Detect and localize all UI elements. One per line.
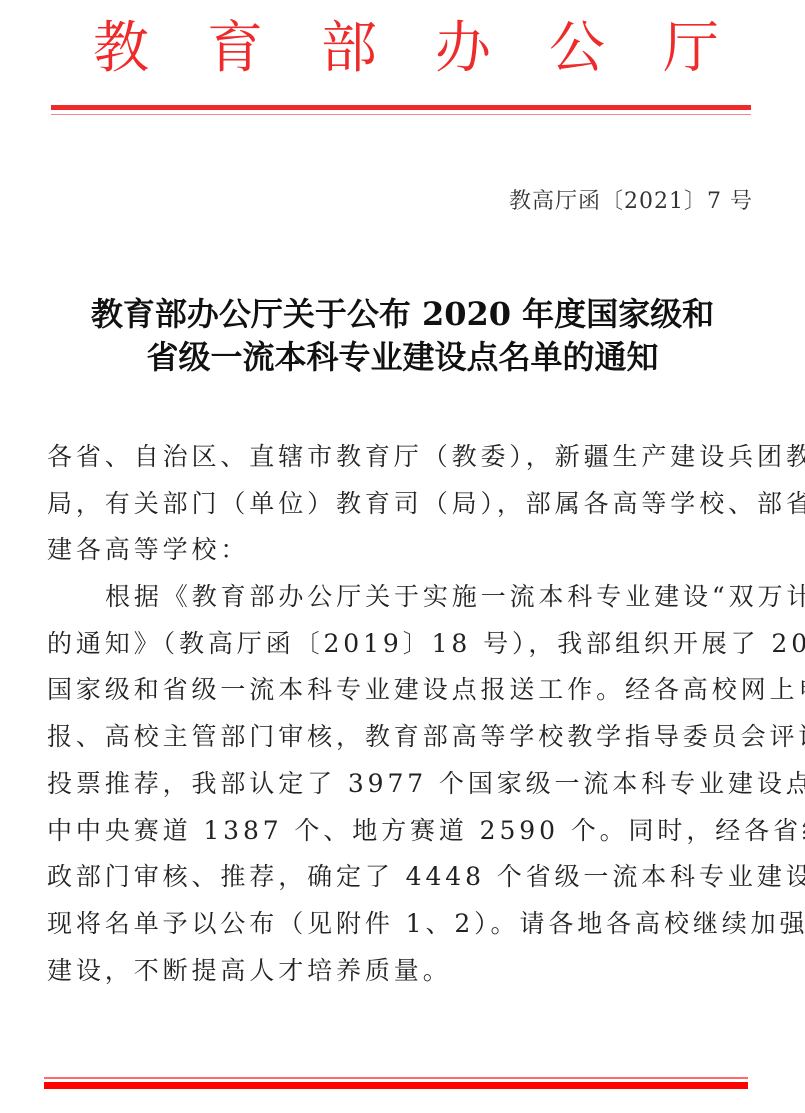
masthead-char: 公 bbox=[542, 14, 612, 84]
body-line: 建各高等学校： bbox=[47, 527, 759, 574]
document-number: 教高厅函〔2021〕7 号 bbox=[509, 184, 753, 215]
masthead-char: 育 bbox=[200, 14, 270, 84]
body-line: 报、高校主管部门审核，教育部高等学校教学指导委员会评议、 bbox=[47, 714, 759, 761]
body-line: 建设，不断提高人才培养质量。 bbox=[47, 948, 759, 995]
masthead-issuer: 教 育 部 办 公 厅 bbox=[86, 14, 726, 84]
body-line: 根据《教育部办公厅关于实施一流本科专业建设“双万计划” bbox=[47, 574, 759, 621]
header-divider-thick bbox=[51, 105, 751, 110]
masthead-char: 办 bbox=[428, 14, 498, 84]
footer-divider-thin bbox=[44, 1077, 748, 1079]
masthead-char: 部 bbox=[314, 14, 384, 84]
title-line-1: 教育部办公厅关于公布 2020 年度国家级和 bbox=[40, 293, 765, 336]
document-title: 教育部办公厅关于公布 2020 年度国家级和 省级一流本科专业建设点名单的通知 bbox=[40, 293, 765, 379]
masthead-char: 教 bbox=[86, 14, 156, 84]
body-line: 各省、自治区、直辖市教育厅（教委），新疆生产建设兵团教育 bbox=[47, 434, 759, 481]
body-line: 中中央赛道 1387 个、地方赛道 2590 个。同时，经各省级教育行 bbox=[47, 808, 759, 855]
body-line: 投票推荐，我部认定了 3977 个国家级一流本科专业建设点，其 bbox=[47, 761, 759, 808]
masthead-char: 厅 bbox=[656, 14, 726, 84]
footer-divider-thick bbox=[44, 1082, 748, 1089]
body-line: 政部门审核、推荐，确定了 4448 个省级一流本科专业建设点。 bbox=[47, 854, 759, 901]
document-body: 各省、自治区、直辖市教育厅（教委），新疆生产建设兵团教育 局，有关部门（单位）教… bbox=[47, 434, 759, 994]
header-divider-thin bbox=[51, 114, 751, 115]
body-line: 的通知》（教高厅函〔2019〕18 号），我部组织开展了 2020 年度 bbox=[47, 621, 759, 668]
body-line: 局，有关部门（单位）教育司（局），部属各高等学校、部省合 bbox=[47, 481, 759, 528]
body-line: 国家级和省级一流本科专业建设点报送工作。经各高校网上申 bbox=[47, 667, 759, 714]
body-line: 现将名单予以公布（见附件 1、2）。请各地各高校继续加强专业 bbox=[47, 901, 759, 948]
title-line-2: 省级一流本科专业建设点名单的通知 bbox=[40, 336, 765, 379]
